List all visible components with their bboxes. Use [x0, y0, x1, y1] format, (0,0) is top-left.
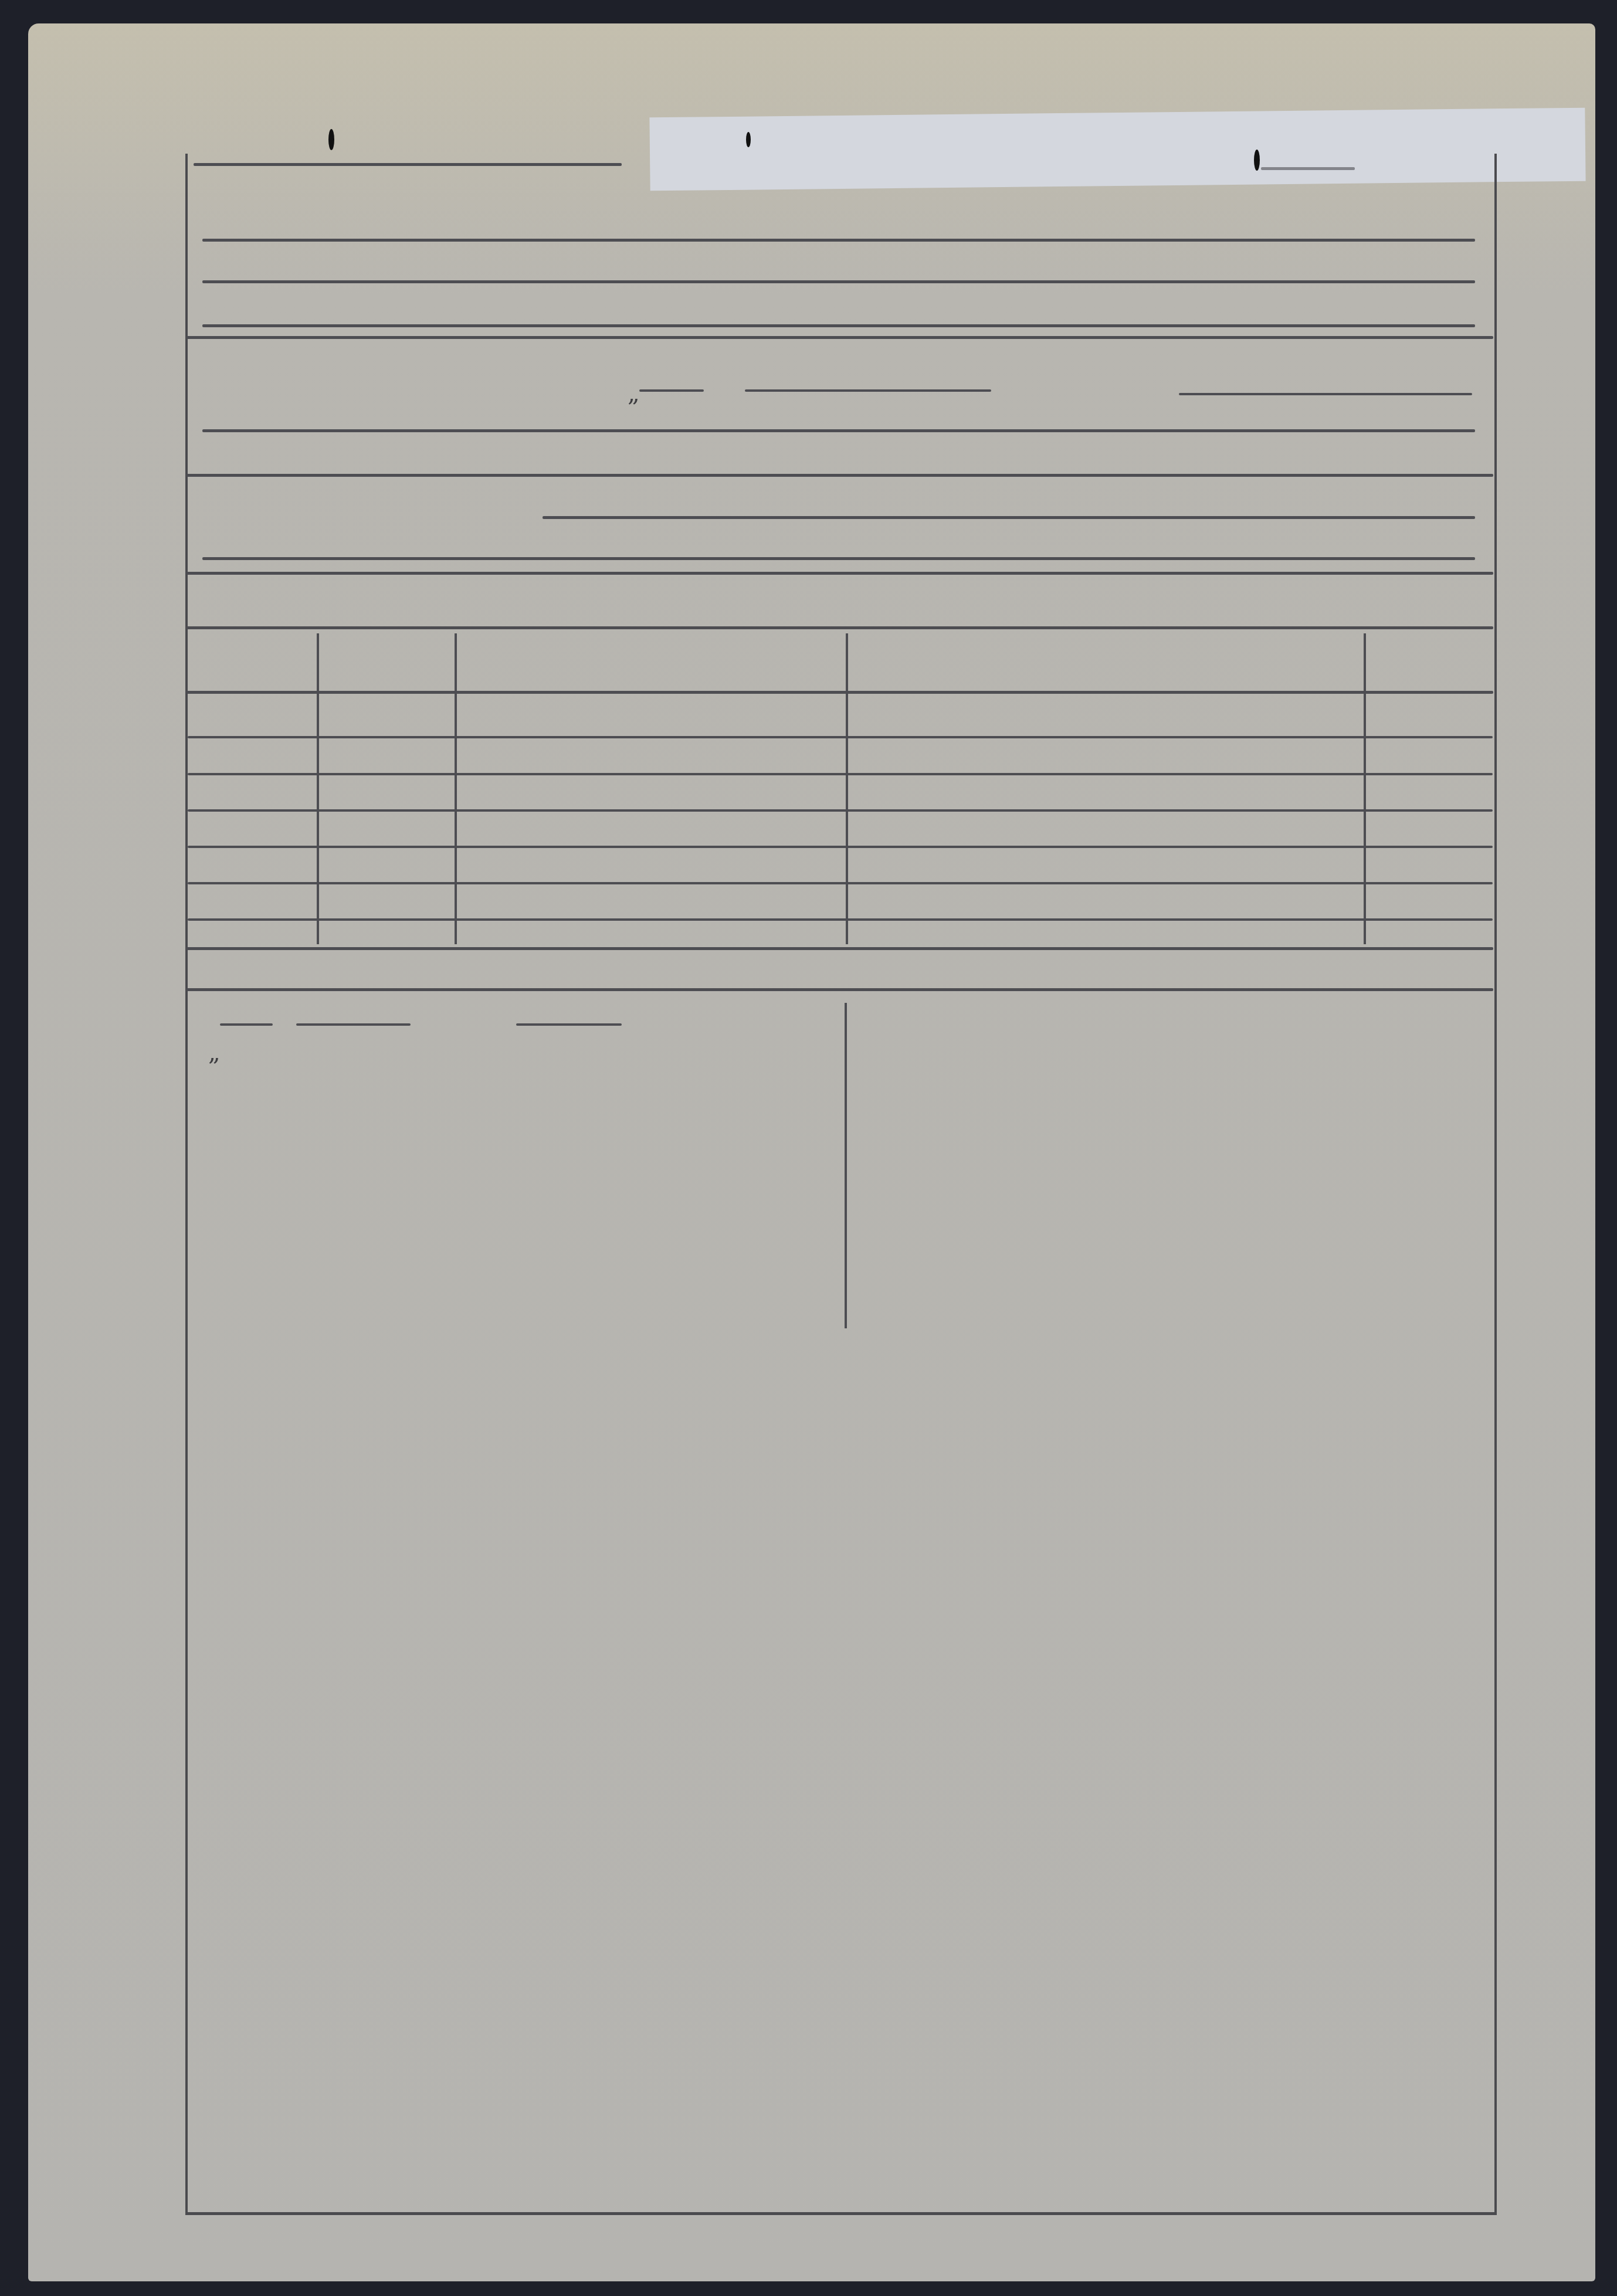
- table-row: [188, 736, 1493, 738]
- table-col-divider: [846, 633, 848, 944]
- column-divider: [845, 1003, 847, 1328]
- quote-mark: „: [208, 1039, 221, 1066]
- form-frame: [185, 154, 1497, 2215]
- divider: [202, 429, 1475, 432]
- field-line: [516, 1023, 622, 1026]
- field-line: [296, 1023, 411, 1026]
- divider: [194, 163, 622, 166]
- divider: [187, 988, 1493, 991]
- table-header-divider: [187, 691, 1493, 694]
- field-line: [1179, 393, 1472, 395]
- section-divider: [187, 474, 1493, 477]
- table-col-divider: [1364, 633, 1366, 944]
- table-row: [188, 773, 1493, 775]
- field-line: [639, 389, 704, 392]
- table-row: [188, 882, 1493, 884]
- field-line: [745, 389, 991, 392]
- section-divider: [187, 572, 1493, 575]
- section-divider: [187, 336, 1493, 339]
- section-divider: [187, 947, 1493, 950]
- staple-hole: [328, 129, 334, 150]
- divider: [202, 324, 1475, 327]
- staple-hole: [746, 132, 751, 147]
- table-col-divider: [317, 633, 319, 944]
- table-top: [187, 626, 1493, 629]
- table-row: [188, 918, 1493, 921]
- quote-mark: „: [628, 380, 640, 407]
- divider: [202, 280, 1475, 283]
- field-line: [220, 1023, 273, 1026]
- table-row: [188, 846, 1493, 848]
- divider: [202, 557, 1475, 560]
- field-line: [543, 516, 1475, 519]
- divider: [202, 239, 1475, 242]
- table-row: [188, 809, 1493, 812]
- divider: [1261, 167, 1355, 170]
- table-col-divider: [455, 633, 457, 944]
